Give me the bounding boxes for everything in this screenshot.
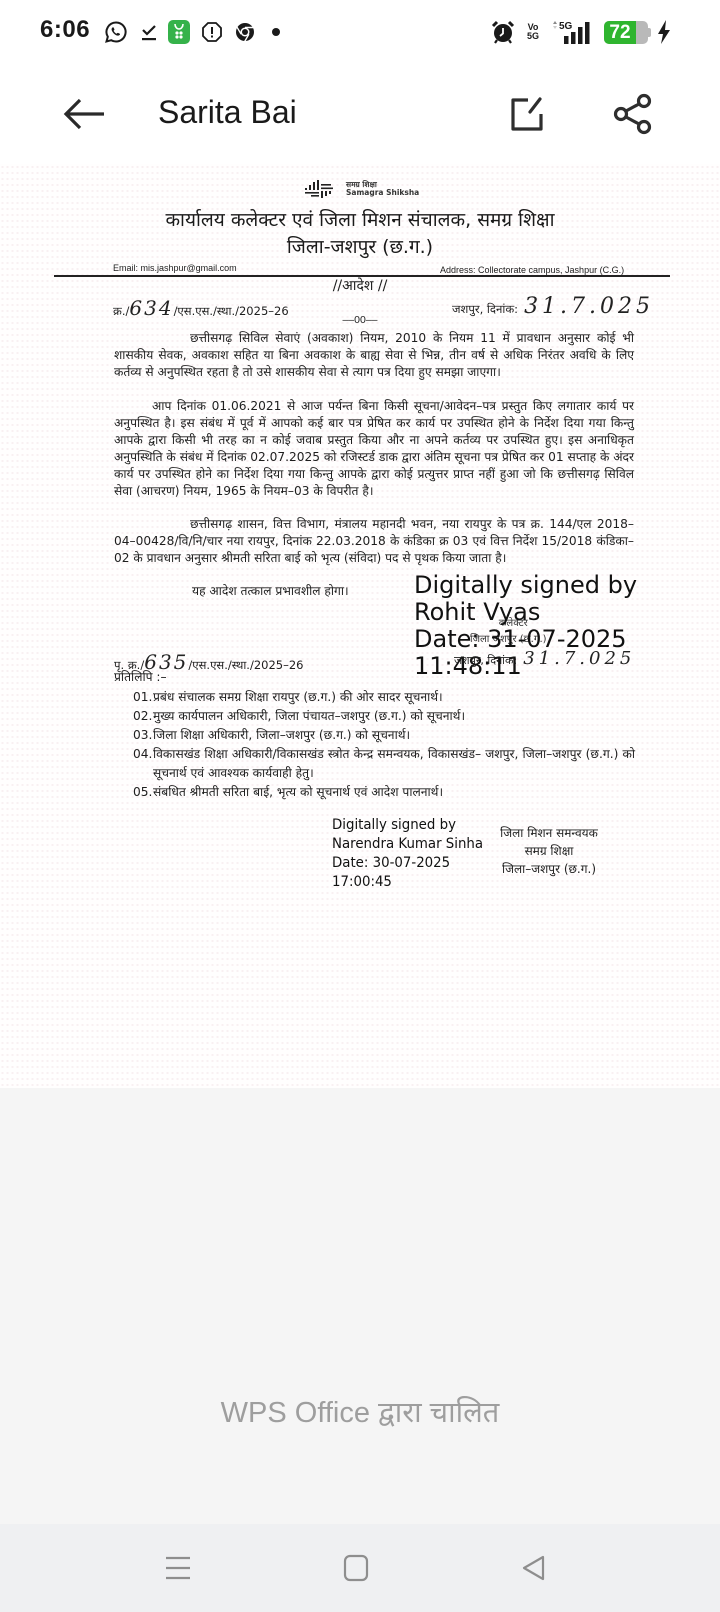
back-button[interactable] <box>58 92 110 136</box>
charging-icon <box>656 20 672 44</box>
recents-button[interactable] <box>154 1544 202 1592</box>
logo-mark-icon <box>303 179 341 199</box>
letterhead-address: Address: Collectorate campus, Jashpur (C… <box>440 265 624 275</box>
powered-by-label: WPS Office द्वारा चालित <box>0 1392 720 1431</box>
letterhead-office: कार्यालय कलेक्टर एवं जिला मिशन संचालक, स… <box>0 206 720 232</box>
chrome-icon <box>234 20 256 44</box>
copy-to-item: 01.प्रबंध संचालक समग्र शिक्षा रायपुर (छ.… <box>133 688 635 707</box>
separator: ––00–– <box>0 314 720 326</box>
order-title: //आदेश // <box>0 276 720 295</box>
status-bar: 6:06 Vo 5G 5G 72 <box>0 0 720 64</box>
battery-icon: 72 <box>604 21 648 44</box>
letterhead-email: Email: mis.jashpur@gmail.com <box>113 263 237 273</box>
alert-icon <box>201 20 223 44</box>
share-icon <box>612 93 654 135</box>
battery-nub <box>648 28 651 37</box>
system-back-button[interactable] <box>510 1544 558 1592</box>
paragraph-1: छत्तीसगढ़ सिविल सेवाएं (अवकाश) नियम, 201… <box>114 330 634 381</box>
edit-icon <box>510 96 544 132</box>
document-title: Sarita Bai <box>158 94 297 131</box>
copy-to-list: 01.प्रबंध संचालक समग्र शिक्षा रायपुर (छ.… <box>133 688 635 802</box>
paragraph-3: छत्तीसगढ़ शासन, वित्त विभाग, मंत्रालय मह… <box>114 516 634 567</box>
system-nav-bar <box>0 1524 720 1612</box>
alarm-icon <box>490 20 516 44</box>
more-notifications-dot-icon <box>272 28 280 36</box>
app-store-icon <box>168 20 190 44</box>
status-time: 6:06 <box>40 16 90 44</box>
5g-signal-icon: 5G <box>549 20 595 44</box>
download-done-icon <box>139 20 159 44</box>
copy-to-label: प्रतिलिपि :– <box>114 668 167 685</box>
copy-to-item: 03.जिला शिक्षा अधिकारी, जिला–जशपुर (छ.ग.… <box>133 726 635 745</box>
samagra-shiksha-logo: समग्र शिक्षा Samagra Shiksha <box>303 178 433 200</box>
digital-signature-narendra-kumar-sinha[interactable]: Digitally signed by Narendra Kumar Sinha… <box>332 816 483 892</box>
volte-icon: Vo 5G <box>525 20 541 44</box>
battery-percent: 72 <box>604 21 636 44</box>
effective-line: यह आदेश तत्काल प्रभावशील होगा। <box>192 582 349 599</box>
share-button[interactable] <box>609 90 657 138</box>
copy-to-item: 02.मुख्य कार्यपालन अधिकारी, जिला पंचायत–… <box>133 707 635 726</box>
app-bar: Sarita Bai <box>0 64 720 164</box>
recents-menu-icon <box>165 1555 191 1581</box>
copy-to-item: 05.संबधित श्रीमती सरिता बाई, भृत्य को सू… <box>133 783 635 802</box>
edit-button[interactable] <box>505 92 549 136</box>
svg-text:5G: 5G <box>559 21 573 32</box>
home-button[interactable] <box>332 1544 380 1592</box>
back-triangle-icon <box>521 1554 547 1582</box>
handwritten-endorsement-date: 31.7.025 <box>523 648 635 669</box>
paragraph-2: आप दिनांक 01.06.2021 से आज पर्यन्त बिना … <box>114 398 634 500</box>
arrow-left-icon <box>62 96 106 132</box>
copy-to-item: 04.विकासखंड शिक्षा अधिकारी/विकासखंड स्त्… <box>133 745 635 783</box>
home-square-icon <box>343 1554 369 1582</box>
whatsapp-icon <box>104 20 128 44</box>
coordinator-designation: जिला मिशन समन्वयक समग्र शिक्षा जिला–जशपु… <box>484 824 614 878</box>
document-page[interactable]: समग्र शिक्षा Samagra Shiksha कार्यालय कल… <box>0 164 720 1088</box>
letterhead-district: जिला-जशपुर (छ.ग.) <box>0 233 720 259</box>
endorsement-place-date: जशपुर, दिनांक: 31.7.025 <box>454 648 635 669</box>
